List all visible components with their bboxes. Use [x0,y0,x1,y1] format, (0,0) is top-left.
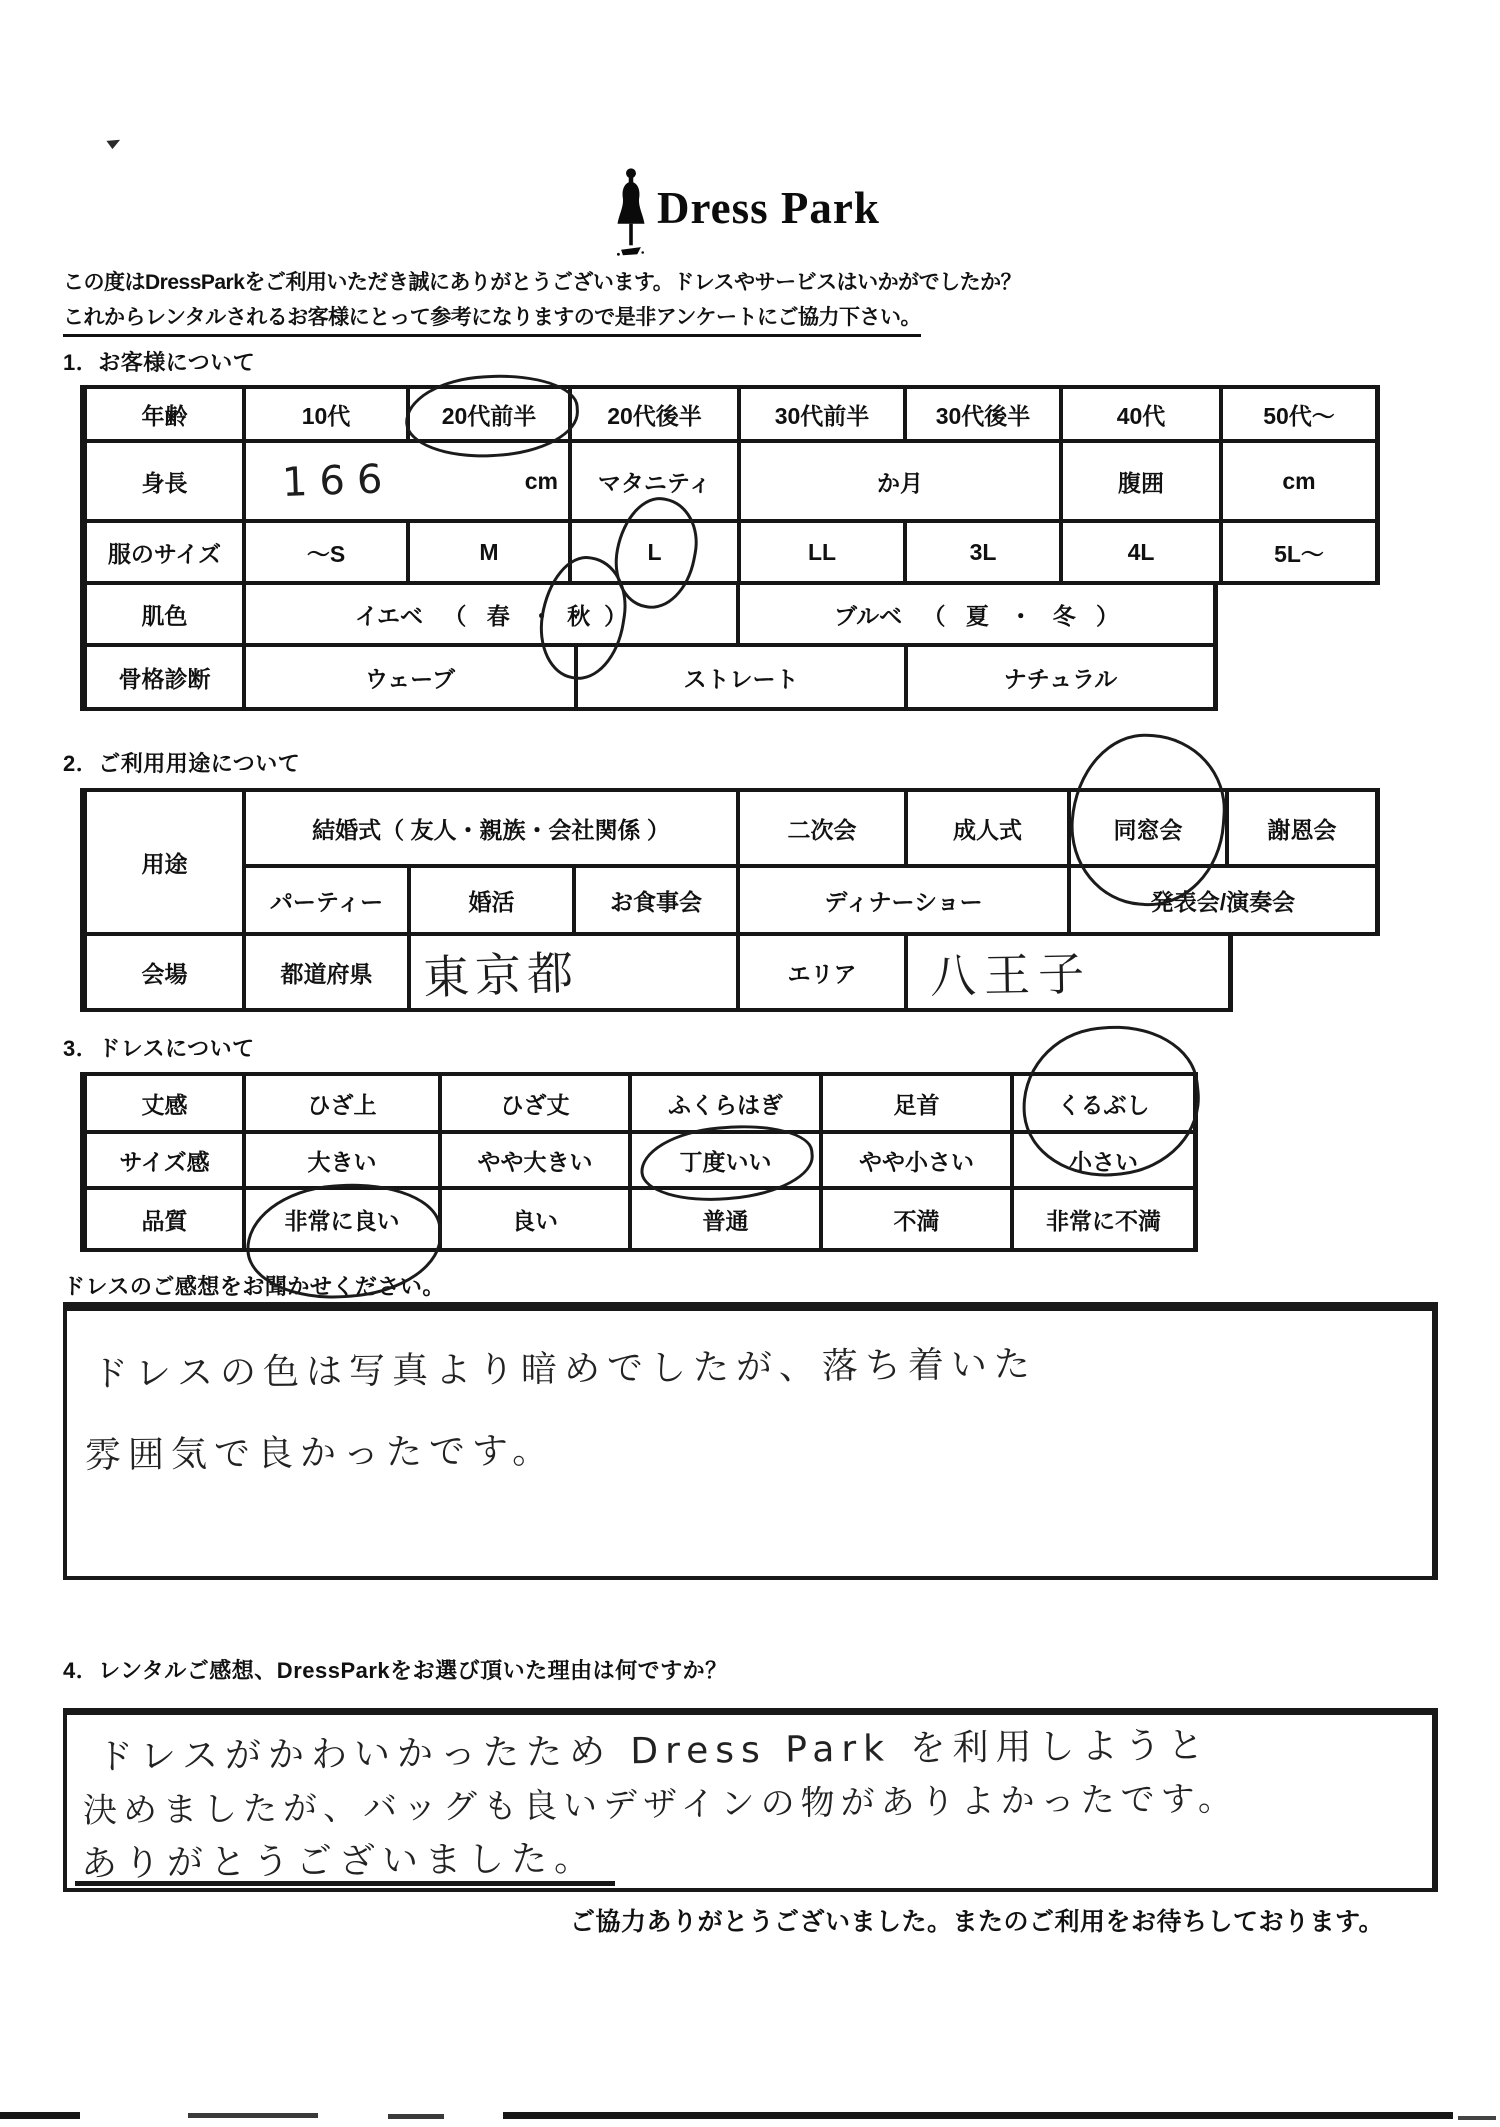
intro-thanks-text: この度はDressParkをご利用いただき誠にありがとうございます。ドレスやサー… [63,266,1021,296]
reason-box: ドレスがかわいかったため Dress Park を利用しようと 決めましたが、バ… [63,1708,1438,1892]
scan-artifact-line [388,2114,444,2119]
purpose-option-dinner-show: ディナーショー [736,868,1067,932]
quality-option-very-unsatisfied: 非常に不満 [1010,1190,1193,1248]
reason-handwritten-line3: ありがとうございました。 [81,1830,598,1886]
height-unit: cm [525,468,558,495]
age-option-20s-late: 20代後半 [568,389,737,439]
quality-option-normal: 普通 [628,1190,819,1248]
handwritten-underline-stroke [75,1881,615,1886]
section3-heading: 3．ドレスについて [63,1032,255,1063]
length-option-calf: ふくらはぎ [628,1076,819,1130]
prefecture-value-handwritten: 東京都 [422,936,580,1007]
purpose-label: 用途 [87,792,242,932]
age-option-40s: 40代 [1059,389,1219,439]
scan-artifact-speck [105,137,120,151]
size-option-s: ～S [242,523,406,581]
scanned-questionnaire-page: Dress Park この度はDressParkをご利用いただき誠にありがとうご… [0,0,1500,2127]
scan-artifact-line [188,2113,318,2118]
venue-row: 会場 都道府県 東京都 エリア 八王子 [80,932,1233,1012]
size-option-4l: 4L [1059,523,1219,581]
area-value-cell: 八王子 [904,936,1228,1008]
purpose-option-party: パーティー [246,868,407,932]
scan-artifact-line [503,2112,1453,2119]
purpose-option-dinner: お食事会 [572,868,736,932]
maternity-label: マタニティ [568,443,737,519]
section1-heading: 1．お客様について [63,346,255,377]
footer-thanks: ご協力ありがとうございました。またのご利用をお待ちしております。 [570,1902,1384,1938]
purpose-option-wedding: 結婚式（ 友人・親族・会社関係 ） [246,792,736,864]
purpose-option-recital: 発表会/演奏会 [1067,868,1375,932]
age-option-30s-late: 30代後半 [903,389,1059,439]
age-option-20s-early: 20代前半 [406,389,568,439]
feedback-box: ドレスの色は写真より暗めでしたが、落ち着いた 雰囲気で良かったです。 [63,1302,1438,1580]
section4-heading: 4．レンタルご感想、DressParkをお選び頂いた理由は何ですか？ [63,1654,728,1685]
purpose-option-thanks-party: 謝恩会 [1225,792,1375,864]
age-label: 年齢 [87,389,242,439]
brand-logo-text: Dress Park [657,182,880,234]
age-row: 年齢 10代 20代前半 20代後半 30代前半 30代後半 40代 50代～ [80,385,1380,443]
maternity-months-label: か月 [737,443,1059,519]
fit-option-slightly-small: やや小さい [819,1134,1010,1186]
age-option-30s-early: 30代前半 [737,389,903,439]
frame-row: 骨格診断 ウェーブ ストレート ナチュラル [80,643,1218,711]
frame-option-straight: ストレート [574,647,904,707]
quality-option-very-good: 非常に良い [242,1190,438,1248]
height-value-cell: 166 cm [242,443,568,519]
girth-label: 腹囲 [1059,443,1219,519]
purpose-option-reunion: 同窓会 [1067,792,1225,864]
length-row: 丈感 ひざ上 ひざ丈 ふくらはぎ 足首 くるぶし [80,1072,1198,1134]
size-option-ll: LL [737,523,903,581]
frame-option-natural: ナチュラル [904,647,1213,707]
age-option-10s: 10代 [242,389,406,439]
purpose-options-row1: 結婚式（ 友人・親族・会社関係 ） 二次会 成人式 同窓会 謝恩会 [246,792,1375,864]
prefecture-label: 都道府県 [242,936,407,1008]
feedback-handwritten-line2: 雰囲気で良かったです。 [85,1423,556,1479]
length-label: 丈感 [87,1076,242,1130]
length-option-anklebone: くるぶし [1010,1076,1193,1130]
fit-option-slightly-large: やや大きい [438,1134,628,1186]
dress-form-icon [613,166,649,258]
size-option-l: L [568,523,737,581]
quality-label: 品質 [87,1190,242,1248]
venue-label: 会場 [87,936,242,1008]
quality-option-unsatisfied: 不満 [819,1190,1010,1248]
length-option-above-knee: ひざ上 [242,1076,438,1130]
length-option-ankle: 足首 [819,1076,1010,1130]
purpose-option-coming-of-age: 成人式 [904,792,1067,864]
scan-artifact-line [1458,2116,1496,2120]
height-row: 身長 166 cm マタニティ か月 腹囲 cm [80,439,1380,523]
purpose-rows: 用途 結婚式（ 友人・親族・会社関係 ） 二次会 成人式 同窓会 謝恩会 パーテ… [80,788,1380,936]
fit-row: サイズ感 大きい やや大きい 丁度いい やや小さい 小さい [80,1130,1198,1190]
fit-label: サイズ感 [87,1134,242,1186]
reason-handwritten-line1: ドレスがかわいかったため Dress Park を利用しようと [97,1717,1211,1780]
area-label: エリア [736,936,904,1008]
length-option-knee: ひざ丈 [438,1076,628,1130]
fit-option-small: 小さい [1010,1134,1193,1186]
skin-label: 肌色 [87,585,242,643]
feedback-prompt: ドレスのご感想をお聞かせください。 [63,1270,445,1301]
brand-logo: Dress Park [613,166,880,258]
skin-row: 肌色 イエベ （ 春 ・ 秋 ） ブルベ （ 夏 ・ 冬 ） [80,581,1218,647]
quality-option-good: 良い [438,1190,628,1248]
survey-request-text: これからレンタルされるお客様にとって参考になりますので是非アンケートにご協力下さ… [63,301,921,331]
size-option-5l: 5L～ [1219,523,1375,581]
skin-blue-cell: ブルベ （ 夏 ・ 冬 ） [736,585,1213,643]
girth-unit: cm [1219,443,1375,519]
size-option-m: M [406,523,568,581]
frame-label: 骨格診断 [87,647,242,707]
scan-artifact-line [0,2112,80,2119]
quality-row: 品質 非常に良い 良い 普通 不満 非常に不満 [80,1186,1198,1252]
area-value-handwritten: 八王子 [929,938,1092,1007]
frame-option-wave: ウェーブ [242,647,574,707]
size-row: 服のサイズ ～S M L LL 3L 4L 5L～ [80,519,1380,585]
purpose-option-matchmaking: 婚活 [407,868,572,932]
skin-yellow-cell: イエベ （ 春 ・ 秋 ） [242,585,736,643]
height-value-handwritten: 166 [281,456,395,506]
height-label: 身長 [87,443,242,519]
skin-option-autumn: 秋 [567,598,590,631]
feedback-handwritten-line1: ドレスの色は写真より暗めでしたが、落ち着いた [92,1336,1037,1397]
prefecture-value-cell: 東京都 [407,936,736,1008]
size-option-3l: 3L [903,523,1059,581]
age-option-50s: 50代～ [1219,389,1375,439]
purpose-option-afterparty: 二次会 [736,792,904,864]
reason-handwritten-line2: 決めましたが、バッグも良いデザインの物がありよかったです。 [83,1771,1238,1832]
purpose-options-row2: パーティー 婚活 お食事会 ディナーショー 発表会/演奏会 [246,864,1375,932]
fit-option-large: 大きい [242,1134,438,1186]
section2-heading: 2．ご利用用途について [63,747,300,778]
size-label: 服のサイズ [87,523,242,581]
fit-option-just-right: 丁度いい [628,1134,819,1186]
